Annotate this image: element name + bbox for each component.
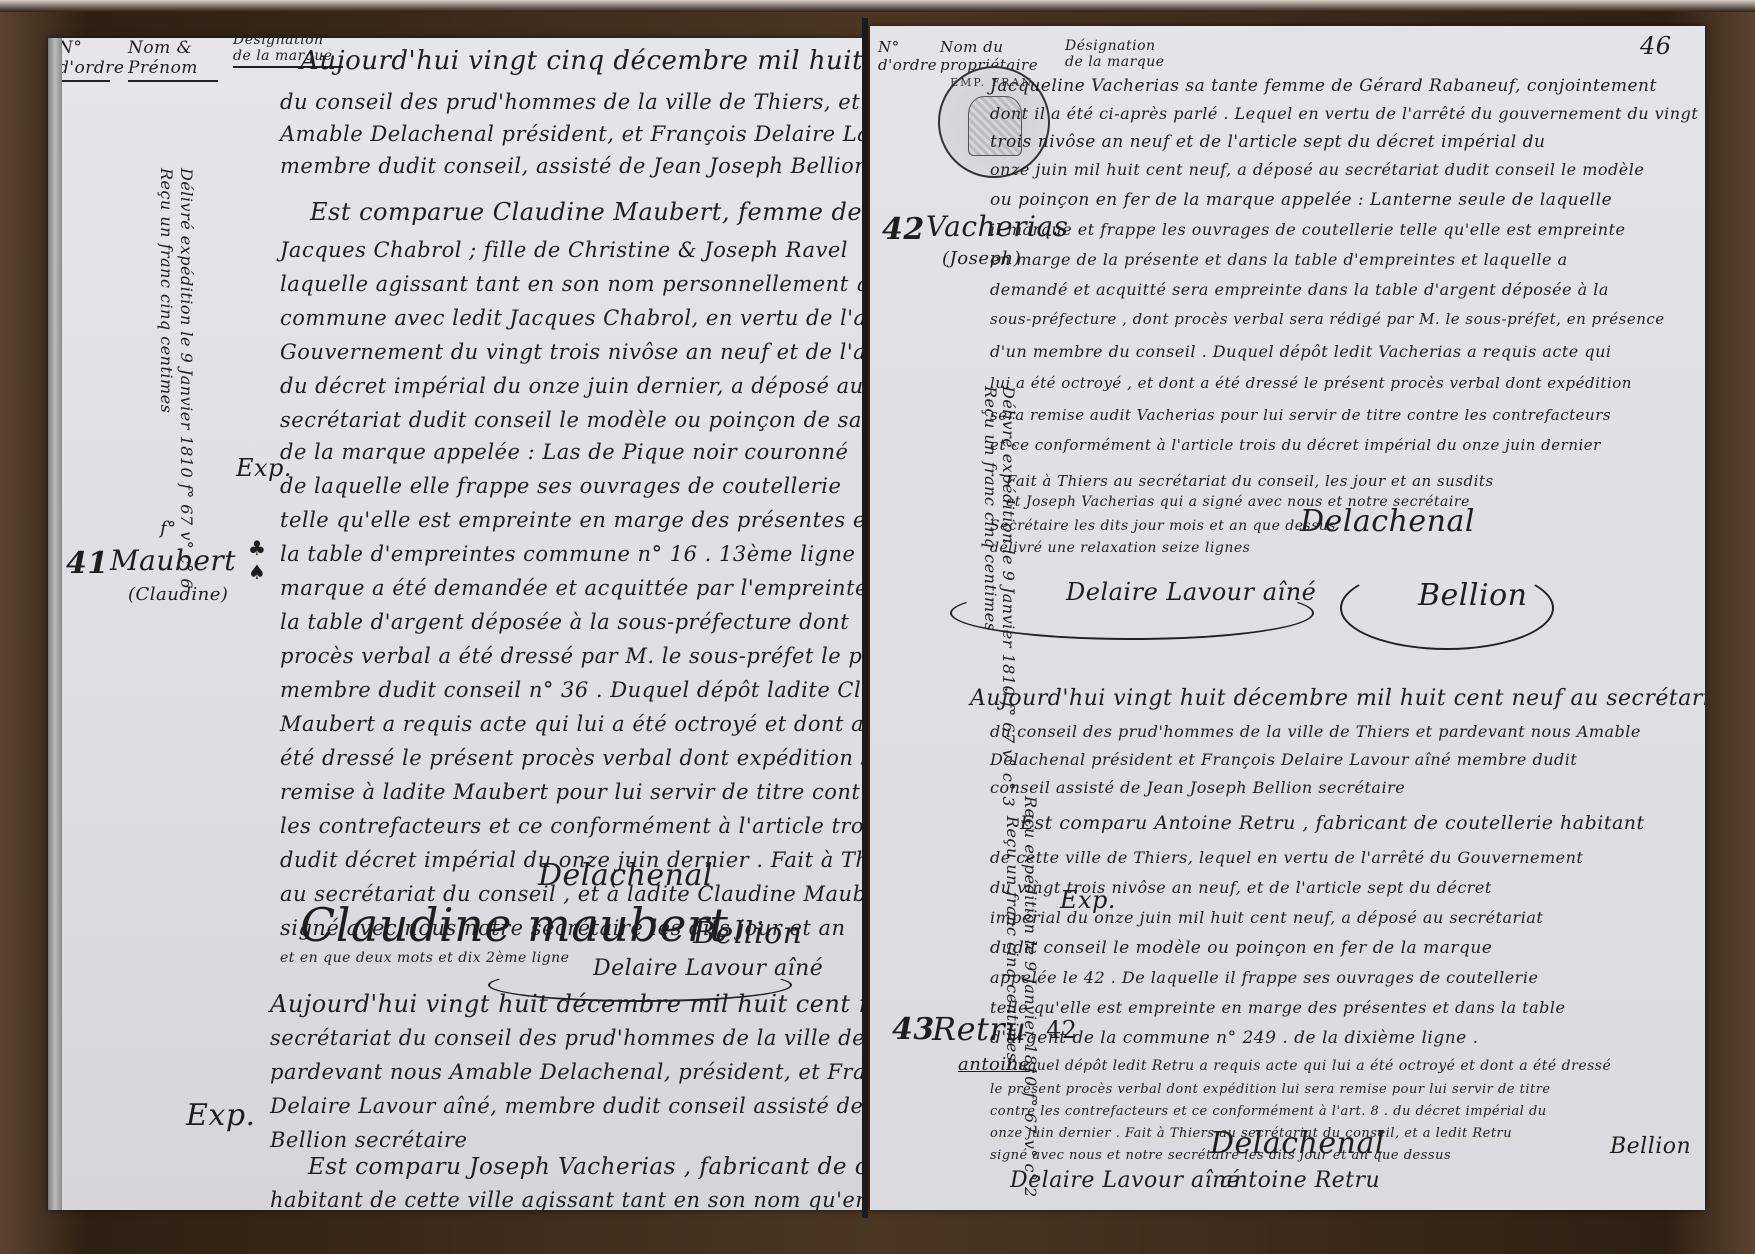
- entry-given-name: (Claudine): [128, 584, 228, 605]
- right-page: N° d'ordre Nom du propriétaire Désignati…: [870, 26, 1705, 1210]
- next-entry-exp-label: Exp.: [186, 1098, 256, 1133]
- entry-number: 41: [66, 546, 109, 581]
- entry-42-secretary-flourish: [1340, 566, 1554, 650]
- photo-frame-top: [0, 0, 1755, 12]
- column-header-number: N° d'ordre: [878, 38, 928, 74]
- entry-42-signature-president: Delachenal: [1300, 504, 1475, 539]
- margin-note-fee: Reçu un franc cinq centimes: [157, 168, 176, 413]
- entry-43-signature-member: Delaire Lavour aîné: [1010, 1168, 1240, 1193]
- page-number: 46: [1640, 32, 1672, 60]
- book-binding-edge: [48, 38, 62, 1210]
- entry-42-member-flourish: [950, 586, 1314, 640]
- signature-secretary: Bellion: [693, 916, 802, 951]
- column-header-mark: Désignation de la marque: [1065, 38, 1175, 70]
- signature-president: Delachenal: [538, 858, 713, 893]
- entry-42-number: 42: [882, 212, 925, 247]
- left-page: N° d'ordre Nom & Prénom Désignation de l…: [48, 38, 866, 1210]
- signature-declarant: Claudine maubert: [300, 898, 728, 952]
- folio-mark: f°: [160, 518, 177, 539]
- entry-43-number: 43: [892, 1012, 935, 1047]
- entry-43-signature-president: Delachenal: [1210, 1126, 1385, 1161]
- margin-note-delivery: Délivré expédition le 9 Janvier 1810 f° …: [177, 168, 196, 589]
- entry-43-signature-secretary: Bellion: [1610, 1134, 1691, 1159]
- entry-surname: Maubert: [110, 544, 236, 577]
- entry-43-signature-declarant: antoine Retru: [1220, 1168, 1380, 1193]
- mark-imprint-icon: ♣♠: [248, 536, 266, 584]
- column-header-name: Nom & Prénom: [128, 38, 218, 82]
- column-header-number: N° d'ordre: [58, 38, 110, 82]
- book-gutter: [862, 18, 868, 1218]
